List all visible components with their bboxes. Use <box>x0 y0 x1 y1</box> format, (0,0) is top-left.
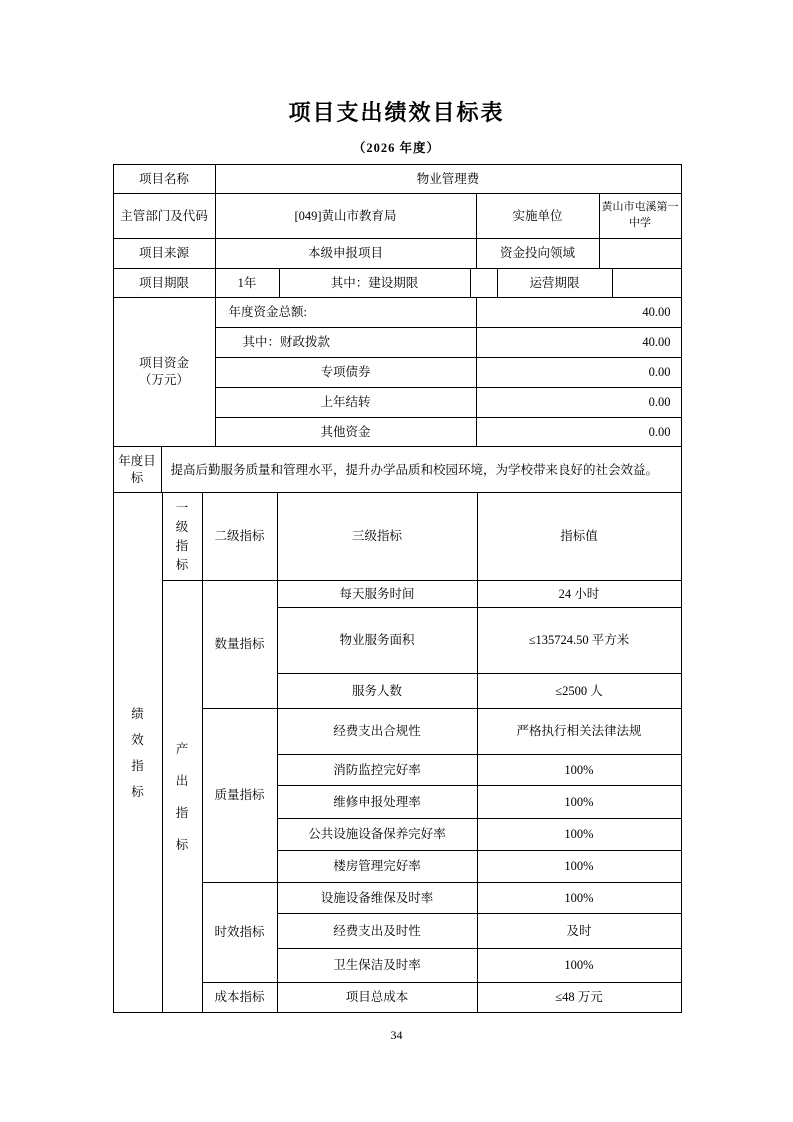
indicator-value: 100% <box>477 949 681 983</box>
fund-fiscal-label: 其中：财政拨款 <box>215 328 476 358</box>
row-project-name: 项目名称 物业管理费 <box>113 165 681 194</box>
indicator-name: 物业服务面积 <box>277 608 477 674</box>
indicator-value: 24 小时 <box>477 581 681 608</box>
indicator-name: 维修申报处理率 <box>277 786 477 819</box>
indicator-name: 每天服务时间 <box>277 581 477 608</box>
row-source: 项目来源 本级申报项目 资金投向领域 <box>113 239 681 269</box>
indicator-value: ≤48 万元 <box>477 983 681 1013</box>
performance-target-table: 项目名称 物业管理费 主管部门及代码 [049]黄山市教育局 实施单位 黄山市屯… <box>113 164 681 1013</box>
funds-label: 项目资金 （万元） <box>113 298 215 447</box>
level2-header: 二级指标 <box>202 493 277 581</box>
op-period-value-empty <box>612 269 681 298</box>
level2-quantity-label: 数量指标 <box>202 581 277 709</box>
dept-value: [049]黄山市教育局 <box>215 194 476 239</box>
impl-unit-label: 实施单位 <box>476 194 599 239</box>
indicator-row: 产出指标 数量指标 每天服务时间 24 小时 <box>113 581 681 608</box>
level1-output-label: 产出指标 <box>162 581 202 1013</box>
indicator-name: 卫生保洁及时率 <box>277 949 477 983</box>
build-period-label: 其中：建设期限 <box>279 269 470 298</box>
indicator-value: 及时 <box>477 914 681 949</box>
build-period-value-empty <box>470 269 497 298</box>
fund-other-label: 其他资金 <box>215 418 476 447</box>
document-title: 项目支出绩效目标表 <box>0 100 793 126</box>
source-value: 本级申报项目 <box>215 239 476 269</box>
page-number: 34 <box>0 1028 793 1043</box>
row-indicators-header: 绩效指标 一级指标 二级指标 三级指标 指标值 <box>113 493 681 581</box>
fund-carryover-label: 上年结转 <box>215 388 476 418</box>
indicators-table: 绩效指标 一级指标 二级指标 三级指标 指标值 产出指标 数量指标 每天服务时间… <box>113 492 682 1013</box>
level2-timeliness-label: 时效指标 <box>202 883 277 983</box>
impl-unit-value: 黄山市屯溪第一中学 <box>599 194 681 239</box>
fund-fiscal-value: 40.00 <box>476 328 681 358</box>
annual-goal-text: 提高后勤服务质量和管理水平，提升办学品质和校园环境，为学校带来良好的社会效益。 <box>161 447 681 493</box>
value-header: 指标值 <box>477 493 681 581</box>
annual-goal-label: 年度目标 <box>113 447 161 493</box>
row-fund-total: 项目资金 （万元） 年度资金总额: 40.00 <box>113 298 681 328</box>
indicator-value: ≤2500 人 <box>477 674 681 709</box>
indicator-value: ≤135724.50 平方米 <box>477 608 681 674</box>
dept-label: 主管部门及代码 <box>113 194 215 239</box>
fund-area-label: 资金投向领域 <box>476 239 599 269</box>
indicator-value: 100% <box>477 786 681 819</box>
project-name-label: 项目名称 <box>113 165 215 194</box>
row-period: 项目期限 1年 其中：建设期限 运营期限 <box>113 269 681 298</box>
indicator-name: 项目总成本 <box>277 983 477 1013</box>
indicator-name: 楼房管理完好率 <box>277 851 477 883</box>
fund-area-value-empty <box>599 239 681 269</box>
op-period-label: 运营期限 <box>497 269 612 298</box>
project-name-value: 物业管理费 <box>215 165 681 194</box>
document-subtitle: （2026 年度） <box>0 141 793 155</box>
indicator-value: 100% <box>477 819 681 851</box>
performance-indicator-label: 绩效指标 <box>113 493 162 1013</box>
indicator-name: 消防监控完好率 <box>277 755 477 786</box>
period-label: 项目期限 <box>113 269 215 298</box>
fund-total-value: 40.00 <box>476 298 681 328</box>
indicator-value: 严格执行相关法律法规 <box>477 709 681 755</box>
indicator-value: 100% <box>477 851 681 883</box>
fund-other-value: 0.00 <box>476 418 681 447</box>
fund-bond-label: 专项债券 <box>215 358 476 388</box>
indicator-value: 100% <box>477 755 681 786</box>
level1-header: 一级指标 <box>162 493 202 581</box>
indicator-name: 公共设施设备保养完好率 <box>277 819 477 851</box>
row-annual-goal: 年度目标 提高后勤服务质量和管理水平，提升办学品质和校园环境，为学校带来良好的社… <box>113 447 681 493</box>
level3-header: 三级指标 <box>277 493 477 581</box>
indicator-name: 经费支出及时性 <box>277 914 477 949</box>
period-value: 1年 <box>215 269 279 298</box>
fund-bond-value: 0.00 <box>476 358 681 388</box>
indicator-name: 服务人数 <box>277 674 477 709</box>
fund-carryover-value: 0.00 <box>476 388 681 418</box>
source-label: 项目来源 <box>113 239 215 269</box>
indicator-name: 设施设备维保及时率 <box>277 883 477 914</box>
indicator-name: 经费支出合规性 <box>277 709 477 755</box>
level2-cost-label: 成本指标 <box>202 983 277 1013</box>
level2-quality-label: 质量指标 <box>202 709 277 883</box>
project-info-table: 项目名称 物业管理费 主管部门及代码 [049]黄山市教育局 实施单位 黄山市屯… <box>113 164 682 493</box>
row-department: 主管部门及代码 [049]黄山市教育局 实施单位 黄山市屯溪第一中学 <box>113 194 681 239</box>
fund-total-label: 年度资金总额: <box>215 298 476 328</box>
indicator-value: 100% <box>477 883 681 914</box>
